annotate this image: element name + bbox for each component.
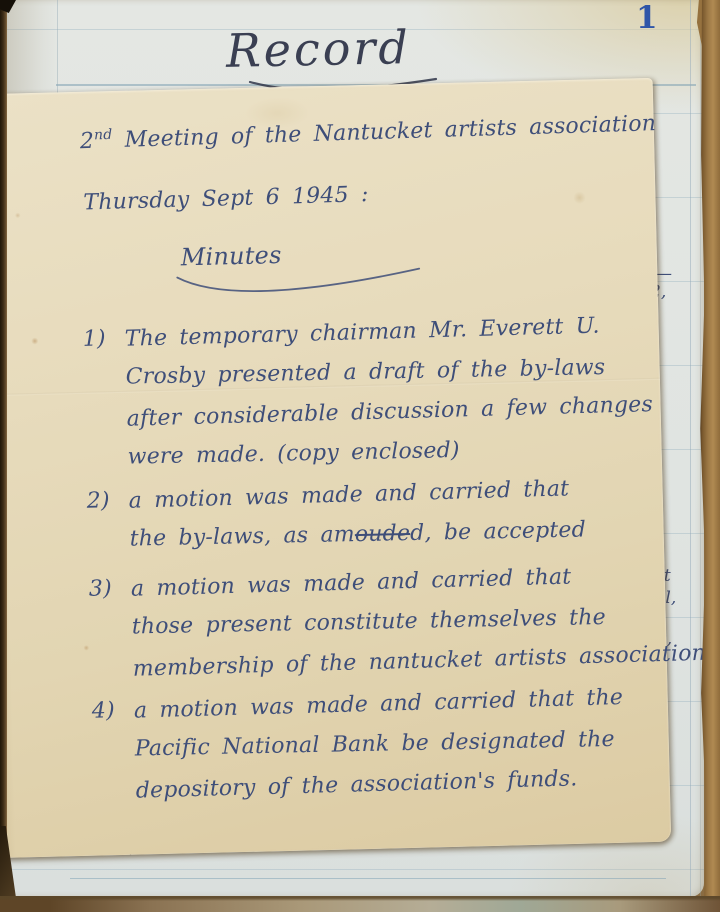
item-number: 2): [86, 481, 129, 522]
minutes-underline: [171, 265, 426, 299]
ruled-line-bottom: [70, 878, 666, 879]
minutes-items: 1)The temporary chairman Mr. Everett U.C…: [82, 306, 670, 812]
item-lines: a motion was made and carried that thePa…: [133, 678, 670, 811]
meeting-ordinal: nd: [94, 127, 113, 144]
item-lines: a motion was made and carried thatthose …: [130, 555, 713, 689]
margin-line-right: [690, 0, 691, 897]
item-lines: The temporary chairman Mr. Everett U.Cro…: [124, 306, 662, 479]
photo-stage: 1 Record —2,l– tll,s, ')1/ 2nd Meeting o…: [0, 0, 720, 912]
struck-text: oude: [355, 521, 411, 547]
page-left-deckle: [6, 0, 58, 100]
minutes-item: 3)a motion was made and carried thatthos…: [88, 556, 667, 690]
minutes-item: 1)The temporary chairman Mr. Everett U.C…: [82, 306, 662, 480]
meeting-heading-rest: Meeting of the Nantucket artists associa…: [112, 111, 656, 153]
meeting-number: 2: [80, 129, 95, 154]
book-spine-edge: [0, 0, 7, 912]
item-lines: a motion was made and carried thatthe by…: [128, 468, 664, 561]
minutes-item: 4)a motion was made and carried that the…: [91, 678, 670, 812]
item-number: 4): [91, 691, 134, 732]
meeting-date: Thursday Sept 6 1945 :: [83, 182, 369, 215]
page-number: 1: [636, 0, 659, 36]
margin-line-left: [57, 0, 58, 96]
page-edge-line: [700, 0, 701, 897]
book-edge-bottom: [0, 896, 720, 912]
text-part: d, be accepted: [410, 517, 586, 546]
item-number: 1): [82, 319, 125, 360]
item-number: 3): [88, 569, 131, 610]
minutes-label: Minutes: [180, 241, 281, 271]
pasted-minutes-sheet: 2nd Meeting of the Nantucket artists ass…: [0, 78, 671, 858]
minutes-item: 2)a motion was made and carried thatthe …: [86, 468, 664, 562]
record-title: Record: [225, 20, 411, 78]
text-part: the by-laws, as am: [129, 522, 355, 552]
meeting-heading: 2nd Meeting of the Nantucket artists ass…: [80, 110, 657, 154]
